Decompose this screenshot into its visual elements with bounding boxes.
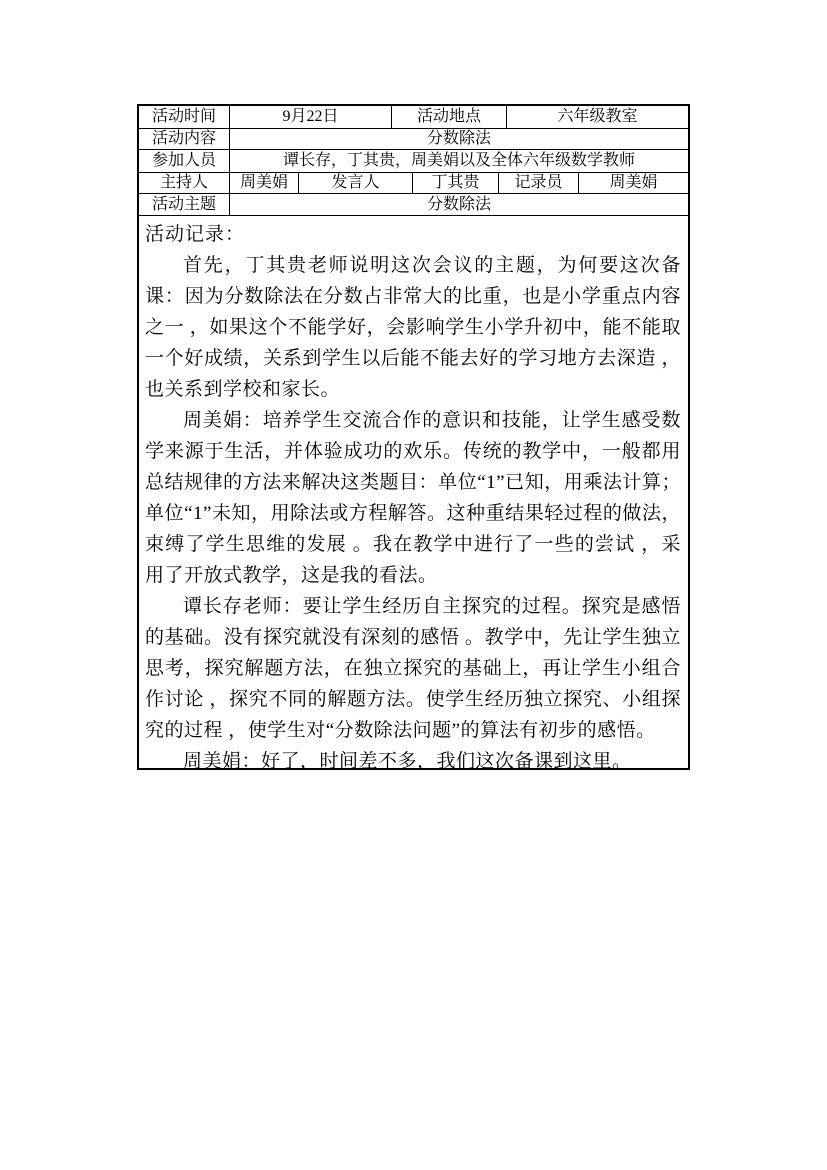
record-paragraph-2: 周美娟：培养学生交流合作的意识和技能，让学生感受数学来源于生活，并体验成功的欢乐… — [145, 405, 681, 591]
record-paragraph-3: 谭长存老师：要让学生经历自主探究的过程。探究是感悟的基础。没有探究就没有深刻的感… — [145, 591, 681, 746]
record-paragraph-4: 周美娟：好了，时间差不多，我们这次备课到这里。 — [145, 746, 681, 768]
participants-label-cell: 参加人员 — [139, 150, 230, 172]
participants-value-cell: 谭长存，丁其贵，周美娟以及全体六年级数学教师 — [230, 150, 688, 172]
host-label-cell: 主持人 — [139, 173, 230, 193]
table-row-content: 活动内容 分数除法 — [139, 129, 688, 150]
activity-record-cell: 活动记录： 首先，丁其贵老师说明这次会议的主题，为何要这次备课：因为分数除法在分… — [139, 216, 688, 768]
theme-value-cell: 分数除法 — [230, 194, 688, 215]
time-label-cell: 活动时间 — [139, 106, 230, 128]
meeting-record-table: 活动时间 9月22日 活动地点 六年级教室 活动内容 分数除法 参加人员 谭长存… — [137, 104, 690, 770]
document-page: 活动时间 9月22日 活动地点 六年级教室 活动内容 分数除法 参加人员 谭长存… — [0, 0, 827, 1170]
time-value-cell: 9月22日 — [230, 106, 392, 128]
table-row-roles: 主持人 周美娟 发言人 丁其贵 记录员 周美娟 — [139, 173, 688, 194]
speaker-label-cell: 发言人 — [299, 173, 413, 193]
activity-record-label: 活动记录： — [145, 219, 681, 250]
table-row-participants: 参加人员 谭长存，丁其贵，周美娟以及全体六年级数学教师 — [139, 150, 688, 173]
content-label-cell: 活动内容 — [139, 129, 230, 149]
speaker-value-cell: 丁其贵 — [413, 173, 499, 193]
theme-label-cell: 活动主题 — [139, 194, 230, 215]
recorder-value-cell: 周美娟 — [579, 173, 688, 193]
place-label-cell: 活动地点 — [392, 106, 507, 128]
table-row-time-place: 活动时间 9月22日 活动地点 六年级教室 — [139, 106, 688, 129]
host-value-cell: 周美娟 — [230, 173, 299, 193]
place-value-cell: 六年级教室 — [507, 106, 688, 128]
record-paragraph-1: 首先，丁其贵老师说明这次会议的主题，为何要这次备课：因为分数除法在分数占非常大的… — [145, 250, 681, 405]
recorder-label-cell: 记录员 — [499, 173, 579, 193]
content-value-cell: 分数除法 — [230, 129, 688, 149]
table-row-theme: 活动主题 分数除法 — [139, 194, 688, 216]
